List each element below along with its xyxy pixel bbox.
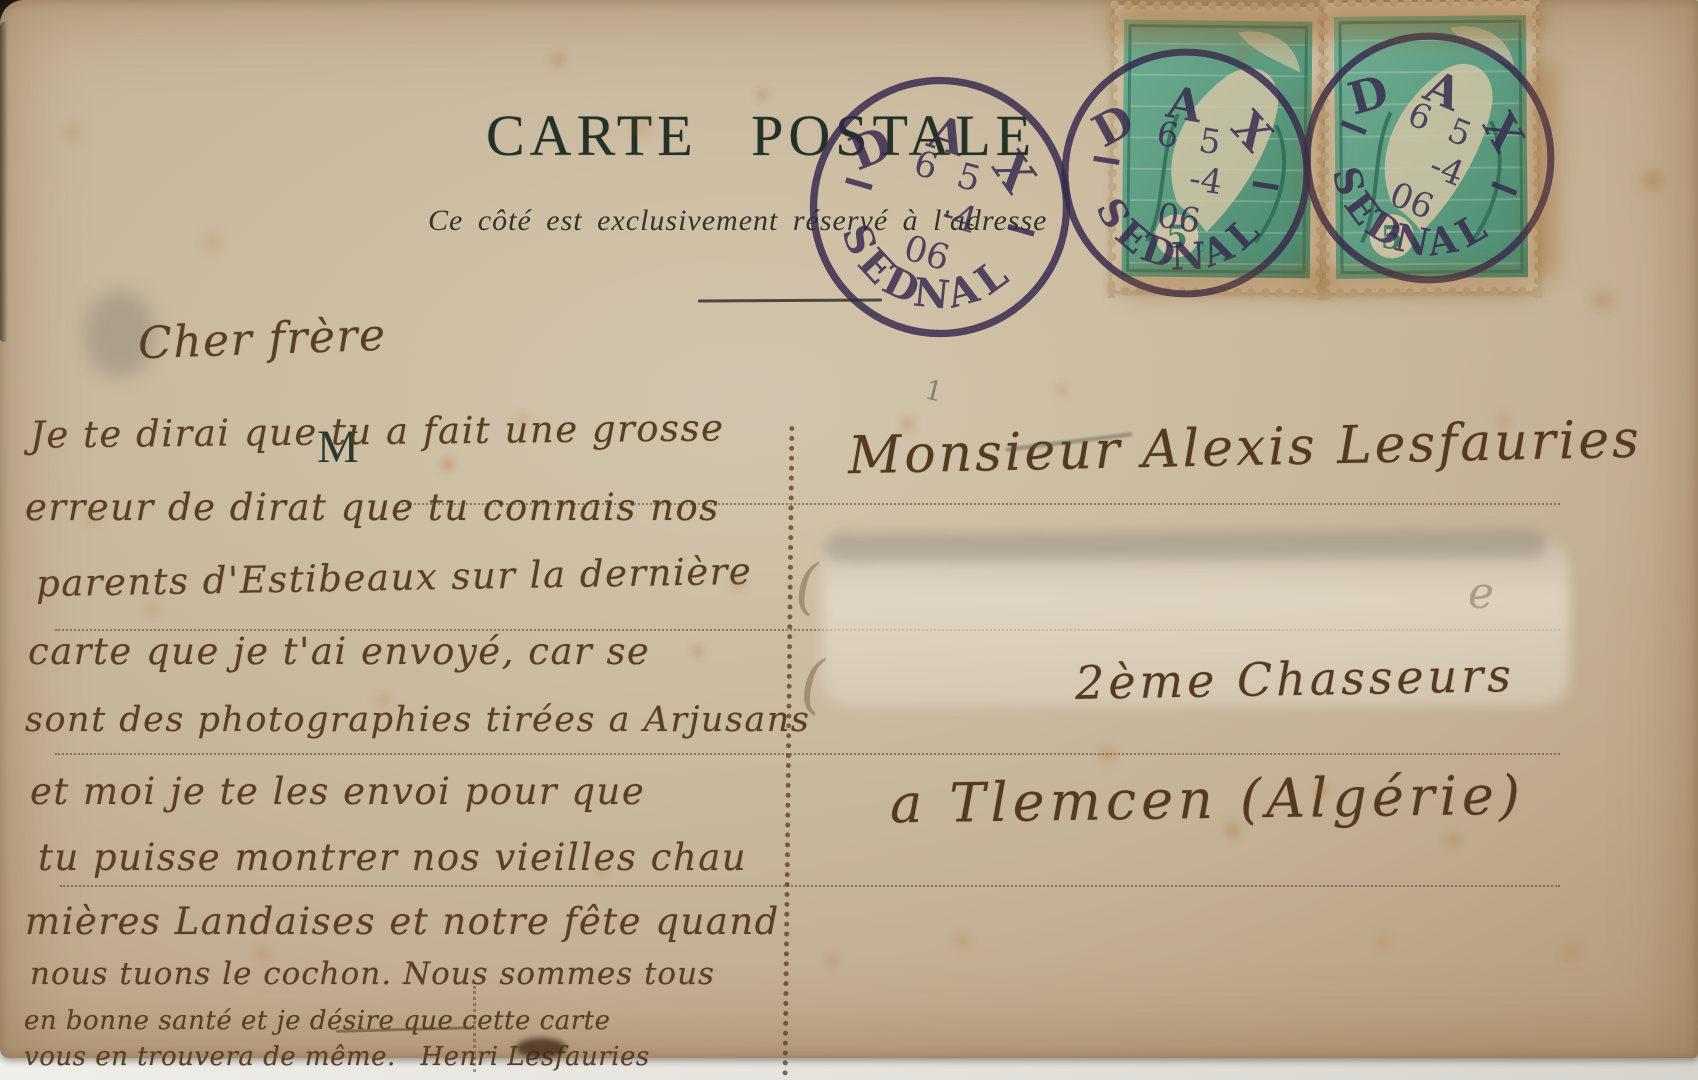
message-line-9: nous tuons le cochon. Nous sommes tous bbox=[30, 956, 715, 992]
signature-tick-marks bbox=[473, 986, 476, 1072]
message-line-3: parents d'Estibeaux sur la dernière bbox=[36, 550, 753, 605]
ink-remnant-letter: e bbox=[1468, 568, 1494, 619]
message-line-1: Je te dirai que tu a fait une grosse bbox=[30, 406, 725, 456]
message-line-10: en bonne santé et je désire que cette ca… bbox=[24, 1006, 610, 1036]
card-left-edge-shadow bbox=[0, 22, 8, 342]
message-line-7: tu puisse montrer nos vieilles chau bbox=[38, 836, 747, 879]
address-line-city: a Tlemcen (Algérie) bbox=[890, 764, 1526, 836]
postmark-day-month: -4 bbox=[937, 193, 981, 242]
ink-remnant-paren-2: ( bbox=[800, 648, 825, 722]
address-line-name: Monsieur Alexis Lesfauries bbox=[847, 410, 1642, 487]
message-line-2: erreur de dirat que tu connais nos bbox=[25, 486, 720, 529]
postcard-back: CARTE POSTALE Ce côté est exclusivement … bbox=[0, 0, 1698, 1058]
message-salutation: Cher frère bbox=[137, 310, 387, 370]
address-line-regiment: 2ème Chasseurs bbox=[1075, 648, 1516, 710]
message-signature: Henri Lesfauries bbox=[421, 1042, 650, 1072]
message-closing: vous en trouvera de même. bbox=[24, 1042, 396, 1072]
message-line-8: mières Landaises et notre fête quand bbox=[25, 900, 780, 943]
message-line-11: vous en trouvera de même. Henri Lesfauri… bbox=[24, 1042, 650, 1072]
postmark-day-month: -4 bbox=[1187, 158, 1226, 202]
perforation-top bbox=[1107, 0, 1329, 14]
ink-remnant-paren-1: ( bbox=[795, 552, 818, 622]
message-line-4: carte que je t'ai envoyé, car se bbox=[28, 630, 650, 673]
message-line-6: et moi je te les envoi pour que bbox=[30, 770, 645, 813]
message-line-5: sont des photographies tirées a Arjusans bbox=[25, 700, 810, 740]
postmark-year: 06 bbox=[1155, 196, 1204, 241]
